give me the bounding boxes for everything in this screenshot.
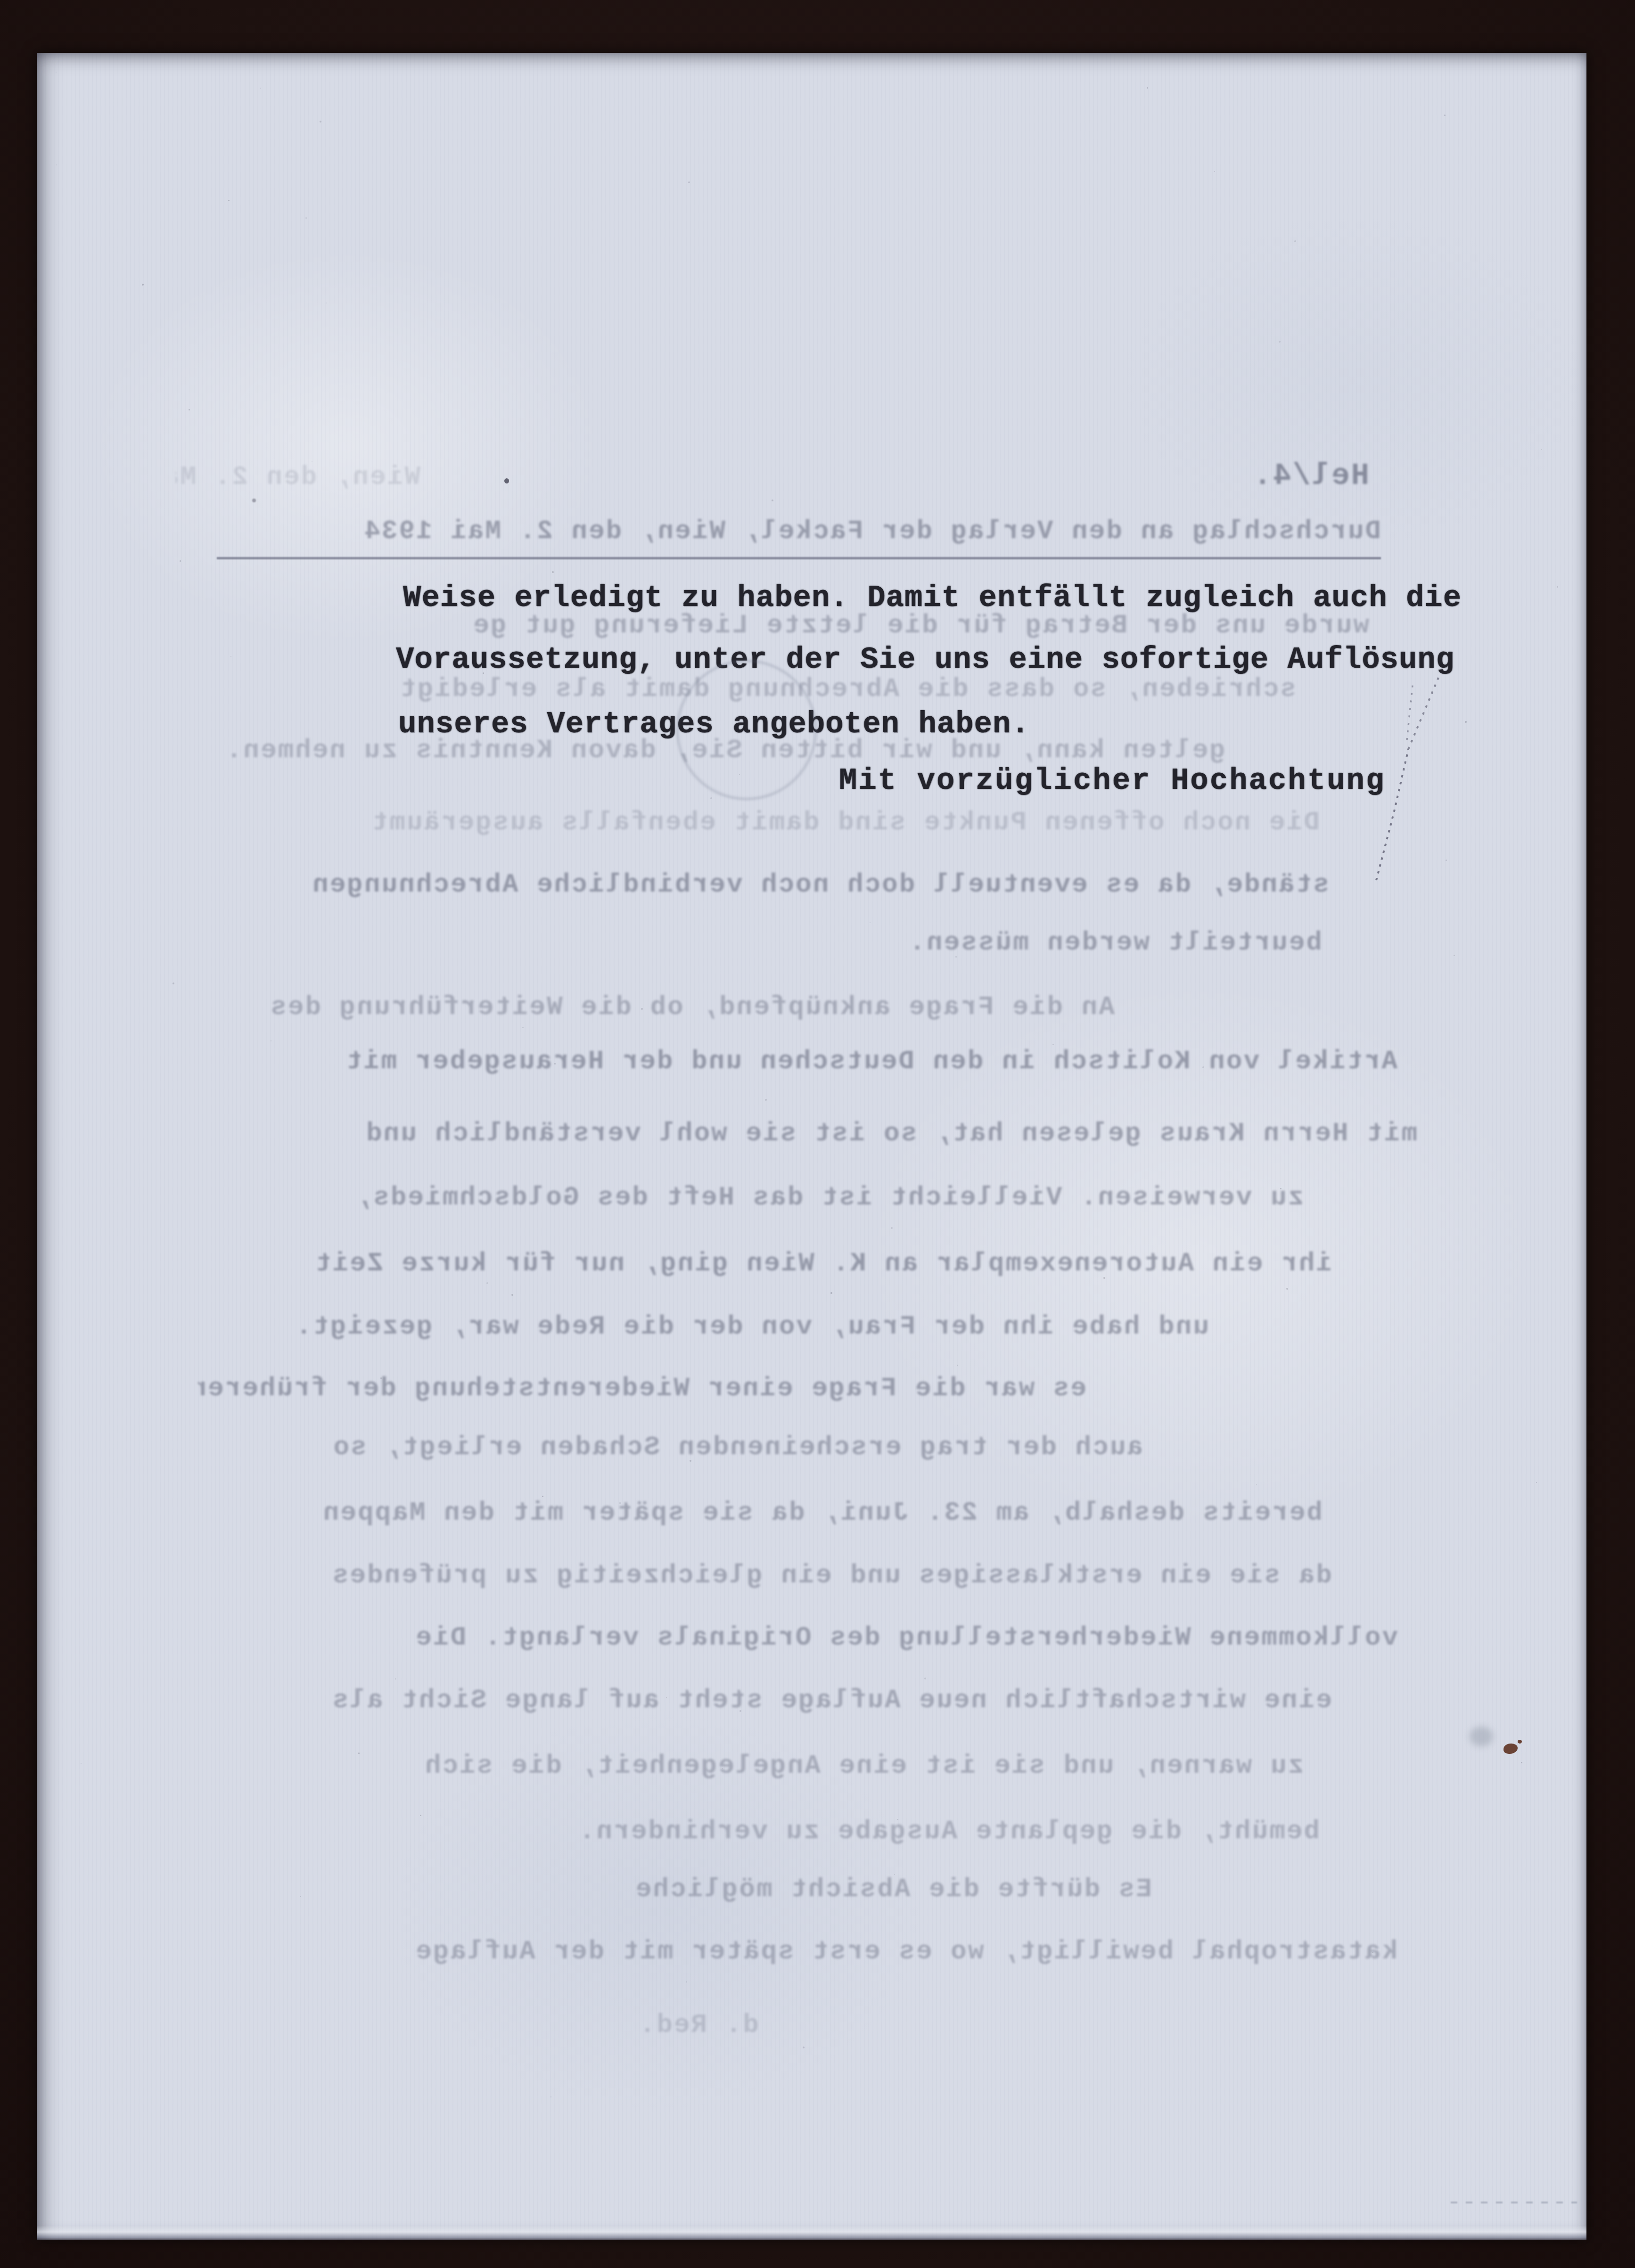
noise-speck (1521, 1762, 1522, 1763)
bleedthrough-line: ihr ein Autorenexemplar an K. Wien ging,… (174, 1248, 1332, 1283)
noise-speck (765, 1099, 767, 1101)
noise-speck (1294, 240, 1296, 242)
noise-speck (1147, 87, 1148, 89)
noise-speck (180, 560, 181, 562)
noise-speck (686, 1981, 687, 1982)
bleedthrough-line: zu verweisen. Vielleicht ist das Heft de… (264, 1182, 1304, 1217)
noise-speck (1446, 860, 1447, 861)
noise-speck (722, 1768, 723, 1769)
bleedthrough-line: da sie ein erstklassiges und ein gleichz… (179, 1560, 1332, 1595)
noise-speck (1541, 449, 1542, 450)
noise-speck (326, 303, 327, 303)
noise-speck (690, 1460, 691, 1462)
noise-speck (1256, 1484, 1257, 1485)
noise-speck (511, 1294, 513, 1296)
noise-speck (260, 88, 261, 89)
noise-speck (1286, 1288, 1288, 1290)
noise-speck (486, 1282, 488, 1284)
noise-speck (870, 922, 871, 923)
ink-blot-satellite (1518, 1740, 1522, 1744)
noise-speck (230, 656, 231, 657)
ink-speck (504, 478, 509, 483)
noise-speck (542, 1496, 543, 1497)
noise-speck (641, 1008, 643, 1010)
scanner-background: Hel/4. Wien, den 2. Mai Durchschlag an d… (0, 0, 1635, 2268)
noise-speck (81, 1763, 82, 1764)
noise-speck (56, 72, 57, 73)
noise-speck (957, 1365, 958, 1366)
ink-blot (1504, 1744, 1518, 1754)
bottom-edge-dashes (1451, 2202, 1577, 2203)
noise-speck (1202, 1066, 1204, 1068)
noise-speck (522, 1027, 524, 1028)
bleedthrough-line: beurteilt werden müssen. (841, 927, 1322, 962)
noise-speck (395, 1678, 396, 1679)
smudge (1470, 1727, 1493, 1746)
ink-speck (252, 499, 256, 502)
bleedthrough-line: zu warnen, und sie ist eine Angelegenhei… (264, 1751, 1304, 1785)
noise-speck (228, 200, 230, 201)
bleedthrough-line: es war die Frage einer Wiederentstehung … (198, 1373, 1086, 1408)
noise-speck (305, 217, 307, 219)
bleedthrough-heading-underline (217, 557, 1381, 559)
bleedthrough-line: d. Red. (589, 2010, 759, 2045)
noise-speck (924, 1678, 926, 1679)
noise-speck (358, 1752, 360, 1754)
pen-stroke-branch-right (1408, 678, 1438, 749)
noise-speck (300, 1896, 301, 1897)
noise-speck (830, 1292, 832, 1294)
noise-speck (320, 121, 321, 123)
noise-speck (803, 2047, 805, 2048)
bleedthrough-heading: Durchschlag an den Verlag der Fackel, Wi… (217, 516, 1381, 551)
stamp-circle (676, 660, 817, 800)
bleedthrough-line: bereits deshalb, am 23. Juni, da sie spä… (236, 1498, 1323, 1532)
noise-speck (1214, 171, 1215, 172)
bleedthrough-line: Artikel von Kolitsch in den Deutschen un… (156, 1046, 1397, 1081)
noise-speck (688, 181, 690, 183)
noise-speck (739, 1710, 741, 1712)
noise-speck (189, 409, 190, 410)
bleedthrough-line: katastrophal bewilligt, wo es erst späte… (189, 1936, 1398, 1971)
noise-speck (772, 499, 773, 501)
noise-speck (666, 1697, 667, 1698)
bleedthrough-line: schrieben, so dass die Abrechnung damit … (391, 674, 1296, 709)
noise-speck (173, 983, 174, 984)
noise-speck (739, 774, 740, 775)
noise-speck (1444, 115, 1446, 116)
bleedthrough-line: Es dürfte die Absicht mögliche (434, 1874, 1152, 1909)
bleedthrough-reference: Hel/4. (1207, 459, 1369, 494)
bleedthrough-line: wurde uns der Betrag für die letzte Lief… (448, 610, 1369, 645)
bleedthrough-corner-fragment: Wien, den 2. Mai (175, 462, 420, 497)
noise-speck (142, 284, 144, 286)
bleedthrough-line: und habe ihn der Frau, von der die Rede … (264, 1311, 1209, 1346)
noise-speck (271, 1040, 271, 1041)
pen-stroke-branch-left (1407, 681, 1413, 740)
noise-speck (554, 1063, 556, 1064)
bleedthrough-line: Die noch offenen Punkte sind damit ebenf… (226, 807, 1320, 842)
noise-speck (891, 1227, 893, 1229)
typed-line: Voraussetzung, unter der Sie uns eine so… (396, 643, 1454, 677)
bleedthrough-line: eine wirtschaftlich neue Auflage steht a… (179, 1685, 1332, 1720)
noise-speck (420, 1815, 421, 1816)
bleedthrough-line: An die Frage anknüpfend, ob die Weiterfü… (247, 992, 1115, 1027)
bleedthrough-line: stände, da es eventuell doch noch verbin… (174, 869, 1329, 904)
bleedthrough-line: auch der trag erscheinenden Schaden erli… (283, 1432, 1143, 1467)
noise-speck (1279, 341, 1281, 343)
noise-speck (550, 2096, 551, 2097)
noise-speck (1557, 586, 1558, 588)
bleedthrough-line: vollkommene Wiederherstellung des Origin… (189, 1622, 1398, 1657)
bleedthrough-line: mit Herrn Kraus gelesen hat, so ist sie … (170, 1118, 1417, 1153)
noise-speck (1454, 955, 1455, 956)
noise-speck (710, 797, 712, 799)
noise-speck (1465, 721, 1467, 723)
noise-speck (1052, 1044, 1054, 1045)
letter-page: Hel/4. Wien, den 2. Mai Durchschlag an d… (37, 53, 1586, 2240)
noise-speck (1536, 1482, 1537, 1483)
bleedthrough-line: bemüht, die geplante Ausgabe zu verhinde… (424, 1816, 1320, 1851)
noise-speck (552, 571, 554, 573)
noise-speck (56, 164, 57, 165)
